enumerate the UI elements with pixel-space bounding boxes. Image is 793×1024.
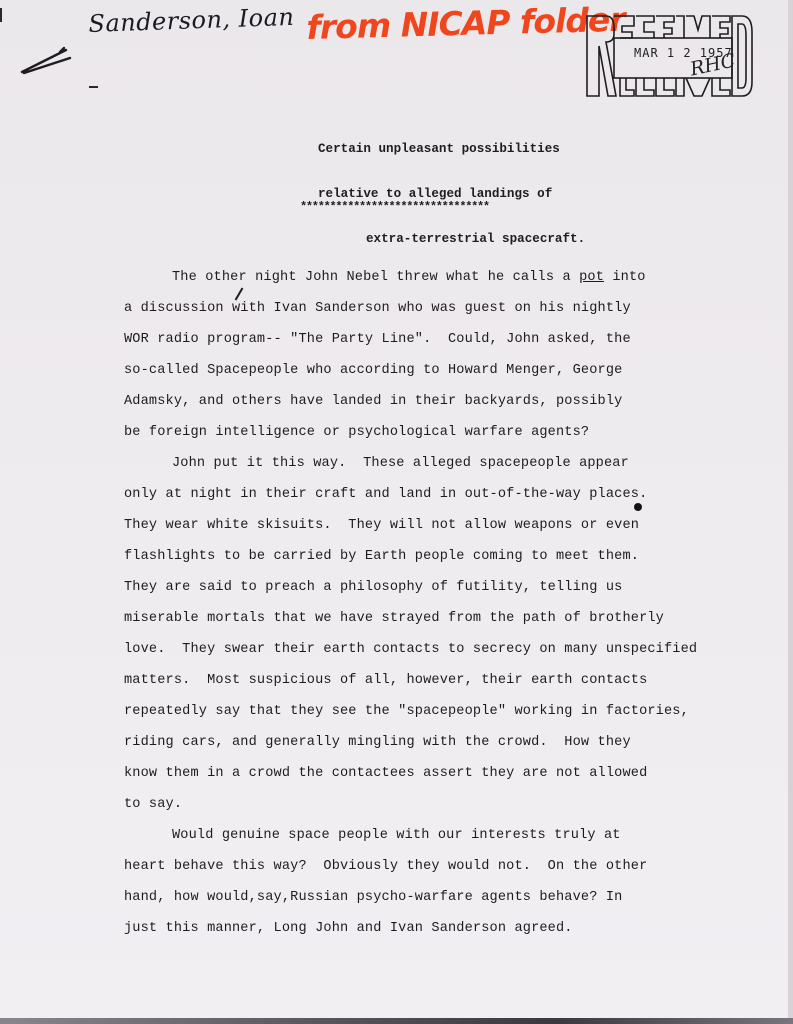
document-title: Certain unpleasant possibilities relativ… (318, 112, 585, 277)
text-line: a discussion with Ivan Sanderson who was… (124, 293, 784, 324)
text-line: just this manner, Long John and Ivan San… (124, 913, 784, 944)
text-line: John put it this way. These alleged spac… (124, 448, 784, 479)
text-line: The other night John Nebel threw what he… (124, 262, 784, 293)
separator-stars: ******************************** (300, 200, 489, 214)
text-line: love. They swear their earth contacts to… (124, 634, 784, 665)
ink-blot (634, 503, 642, 511)
text-line: They are said to preach a philosophy of … (124, 572, 784, 603)
underlined-word: pot (579, 270, 604, 285)
received-stamp: MAR 1 2 1957 RHC (584, 12, 754, 100)
title-line: extra-terrestrial spacecraft. (318, 232, 585, 247)
text-line: miserable mortals that we have strayed f… (124, 603, 784, 634)
text-line: hand, how would,say,Russian psycho-warfa… (124, 882, 784, 913)
folder-note: from NICAP folder (306, 0, 625, 47)
text-line: riding cars, and generally mingling with… (124, 727, 784, 758)
handwritten-name: Sanderson, Ioan (88, 3, 295, 38)
scan-bottom-edge (0, 1018, 793, 1024)
document-page: Sanderson, Ioan from NICAP folder (0, 0, 789, 1018)
text-line: heart behave this way? Obviously they wo… (124, 851, 784, 882)
edge-mark (0, 8, 2, 22)
page-edge (788, 0, 793, 1024)
text-line: so-called Spacepeople who according to H… (124, 355, 784, 386)
text-line: matters. Most suspicious of all, however… (124, 665, 784, 696)
text-line: They wear white skisuits. They will not … (124, 510, 784, 541)
text-line: know them in a crowd the contactees asse… (124, 758, 784, 789)
text-line: WOR radio program-- "The Party Line". Co… (124, 324, 784, 355)
text-line: Adamsky, and others have landed in their… (124, 386, 784, 417)
text-line: repeatedly say that they see the "spacep… (124, 696, 784, 727)
text-line: be foreign intelligence or psychological… (124, 417, 784, 448)
title-line: Certain unpleasant possibilities (318, 142, 585, 157)
text-line: Would genuine space people with our inte… (124, 820, 784, 851)
text-line: to say. (124, 789, 784, 820)
text-line: flashlights to be carried by Earth peopl… (124, 541, 784, 572)
body-text: The other night John Nebel threw what he… (124, 262, 784, 944)
text-line: only at night in their craft and land in… (124, 479, 784, 510)
check-mark-icon (20, 42, 72, 76)
dash-mark (89, 86, 98, 88)
text-segment: into (604, 270, 646, 285)
text-segment: night John Nebel threw what he calls a (247, 270, 579, 285)
text-segment: The other (172, 270, 247, 285)
